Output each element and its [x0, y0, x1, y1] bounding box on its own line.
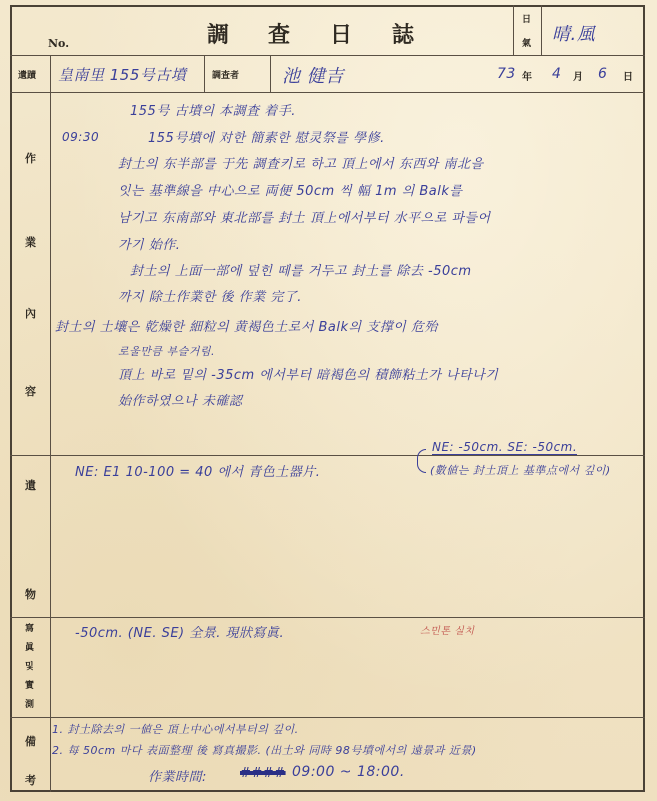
photo-line-1[interactable]: -50cm. (NE. SE) 全景. 現狀寫眞. — [75, 622, 284, 641]
work-line-12[interactable]: 始作하였으나 未確認 — [118, 390, 242, 409]
photo-label-4: 實 — [25, 678, 34, 691]
title-char-4: 誌 — [392, 18, 414, 49]
remarks-line-1[interactable]: 1. 封土除去의 一値은 頂上中心에서부터의 깊이. — [52, 721, 299, 737]
work-line-9[interactable]: 封土의 土壤은 乾燥한 細粒의 黄褐色土로서 Balk의 支撑이 危殆 — [55, 316, 438, 335]
work-line-7[interactable]: 封土의 上面一部에 덮힌 떼를 거두고 封土를 除去 -50cm — [130, 260, 472, 279]
date-year[interactable]: 73 — [497, 66, 516, 82]
bracket-curve — [417, 449, 426, 473]
rule-artifacts-bottom — [10, 617, 645, 618]
date-month-label: 月 — [573, 68, 583, 83]
date-month[interactable]: 4 — [552, 66, 561, 82]
artifacts-line-1[interactable]: NE: E1 10-100 = 40 에서 青色土器片. — [75, 461, 320, 480]
work-line-2[interactable]: 155号墳에 对한 簡素한 慰灵祭를 學修. — [148, 127, 385, 146]
work-label-3: 內 — [25, 305, 36, 321]
work-time-1[interactable]: 09:30 — [62, 130, 99, 144]
work-line-10[interactable]: 로울만큼 부슬거림. — [118, 343, 215, 359]
remarks-label-1: 備 — [25, 733, 36, 749]
photo-red-note[interactable]: 스민톤 실치 — [420, 622, 474, 637]
photo-label-5: 測 — [25, 697, 34, 710]
photo-label-2: 眞 — [25, 640, 34, 653]
work-time-value[interactable]: 09:00 ~ 18:00. — [292, 764, 405, 780]
weather-label-bottom: 氣 — [522, 36, 531, 49]
weather-value[interactable]: 晴.風 — [552, 20, 595, 46]
work-line-5[interactable]: 남기고 东南部와 東北部를 封土 頂上에서부터 水平으로 파들어 — [118, 207, 491, 226]
date-year-label: 年 — [522, 68, 532, 83]
weather-label-top: 日 — [522, 12, 531, 25]
remarks-label-2: 考 — [25, 772, 36, 788]
investigator-label: 調査者 — [212, 68, 239, 81]
work-line-6[interactable]: 가기 始作. — [118, 234, 180, 253]
work-label-1: 作 — [25, 150, 36, 166]
rule-photo-bottom — [10, 717, 645, 718]
artifacts-depth-bracket[interactable]: (數値는 封土頂上 基準点에서 깊이) — [430, 462, 611, 478]
remarks-line-2[interactable]: 2. 每 50cm 마다 表面整理 後 寫真撮影. (出土와 同時 98号墳에서… — [52, 742, 477, 758]
site-label: 遺蹟 — [18, 68, 36, 81]
rule-site-value-end — [204, 55, 205, 92]
photo-label-3: 및 — [25, 659, 34, 672]
photo-label-1: 寫 — [25, 621, 34, 634]
title-char-3: 日 — [330, 18, 352, 49]
date-day[interactable]: 6 — [598, 66, 607, 82]
work-time-label[interactable]: 作業時間: — [148, 766, 207, 785]
work-label-4: 容 — [25, 383, 36, 399]
artifacts-label-1: 遺 — [25, 477, 36, 493]
title-char-1: 調 — [207, 18, 229, 49]
rule-weather-label-start — [513, 5, 514, 55]
rule-work-bottom — [10, 455, 645, 456]
rule-header-bottom — [10, 55, 645, 56]
work-line-4[interactable]: 잇는 基準線을 中心으로 両便 50cm 씩 幅 1m 의 Balk를 — [118, 180, 462, 199]
rule-weather-label-end — [541, 5, 542, 55]
rule-site-bottom — [10, 92, 645, 93]
investigator-value[interactable]: 池 健吉 — [282, 62, 344, 88]
form-frame — [10, 5, 645, 792]
form-number-label: No. — [48, 37, 69, 50]
work-label-2: 業 — [25, 234, 36, 250]
work-line-11[interactable]: 頂上 바로 밑의 -35cm 에서부터 暗褐色의 積飾粘土가 나타나기 — [118, 364, 498, 383]
title-char-2: 査 — [268, 18, 290, 49]
rule-investigator-label-end — [270, 55, 271, 92]
artifacts-label-2: 物 — [25, 586, 36, 602]
date-day-label: 日 — [623, 68, 633, 83]
work-line-8[interactable]: 까지 除土作業한 後 作業 完了. — [118, 286, 302, 305]
work-time-struck: #### — [240, 766, 286, 781]
rule-label-column — [50, 55, 51, 792]
artifacts-depth-note[interactable]: NE: -50cm. SE: -50cm. — [432, 440, 577, 455]
work-line-1[interactable]: 155号 古墳의 本調査 着手. — [130, 100, 296, 119]
site-value[interactable]: 皇南里 155号古墳 — [58, 64, 186, 85]
work-line-3[interactable]: 封土의 东半部를 于先 調査키로 하고 頂上에서 东西와 南北을 — [118, 153, 484, 172]
